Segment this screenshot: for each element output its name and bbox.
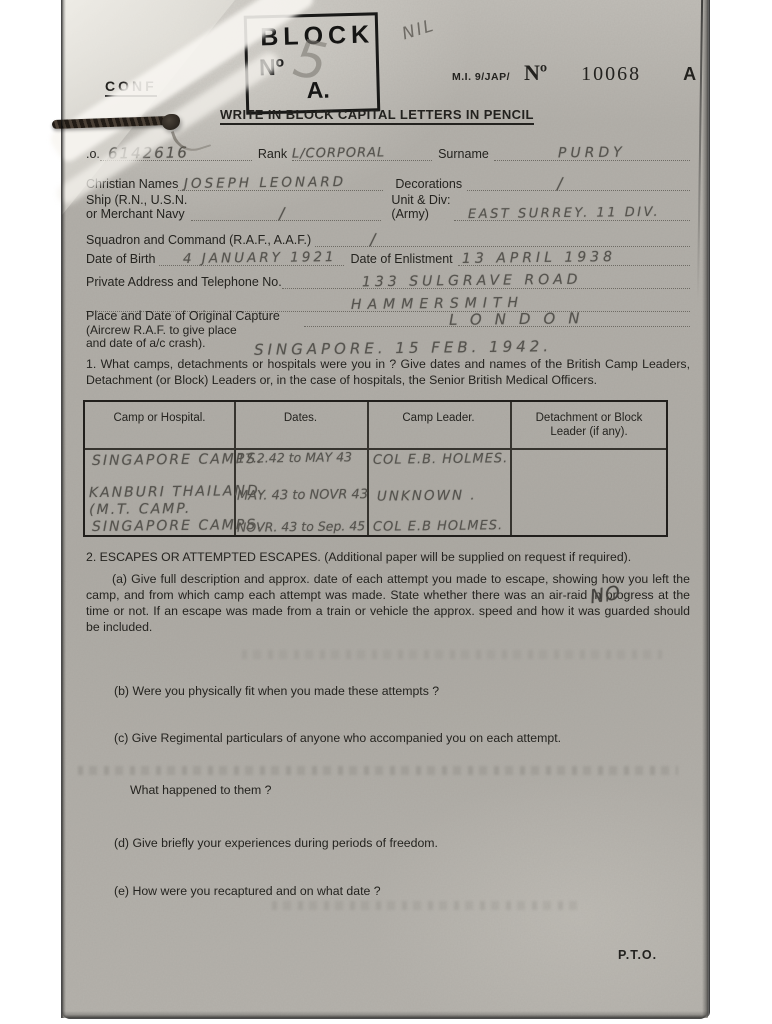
dob-label: Date of Birth	[86, 252, 155, 266]
unit-field: EAST SURREY. 11 DIV.	[454, 204, 690, 221]
unit-value: EAST SURREY. 11 DIV.	[468, 205, 660, 222]
surname-field: PURDY	[494, 144, 690, 161]
squadron-value: /	[370, 230, 378, 249]
table-row1-leader: COL E.B. HOLMES.	[373, 451, 508, 468]
question-2c-followup-text: What happened to them ?	[130, 782, 272, 798]
camps-table: Camp or Hospital. Dates. Camp Leader. De…	[83, 400, 668, 537]
field-row-ship-unit: Ship (R.N., U.S.N. or Merchant Navy / Un…	[86, 194, 690, 221]
showthrough-band-1	[78, 766, 678, 775]
capture-field-london: LONDON	[304, 310, 690, 327]
table-header-leader: Camp Leader.	[367, 412, 510, 426]
table-header-dates: Dates.	[234, 412, 367, 426]
field-row-capture: Place and Date of Original Capture (Airc…	[86, 310, 690, 358]
surname-value: PURDY	[558, 145, 626, 162]
rank-label: Rank	[258, 147, 287, 161]
capture-fields: LONDON SINGAPORE. 15 FEB. 1942.	[304, 310, 690, 358]
rank-field: L/CORPORAL	[292, 144, 432, 161]
showthrough-band-2	[272, 901, 582, 910]
table-header-detachment: Detachment or Block Leader (if any).	[513, 412, 665, 439]
table-row3-leader: COL E.B HOLMES.	[373, 518, 503, 535]
edge-shadow-right	[702, 0, 710, 1018]
ship-field: /	[191, 204, 381, 221]
table-row2-dates: MAY. 43 to NOVR 43	[237, 487, 368, 504]
question-2c-text: (c) Give Regimental particulars of anyon…	[114, 730, 561, 746]
stamp-series-letter: A.	[306, 77, 330, 105]
instruction-heading: WRITE IN BLOCK CAPITAL LETTERS IN PENCIL	[220, 107, 534, 125]
field-row-dob-enlistment: Date of Birth 4 JANUARY 1921 Date of Enl…	[86, 249, 690, 266]
address-field: 133 SULGRAVE ROAD	[282, 272, 690, 289]
dob-field: 4 JANUARY 1921	[159, 249, 344, 266]
table-header-camp: Camp or Hospital.	[85, 412, 234, 426]
question-2-heading: 2. ESCAPES OR ATTEMPTED ESCAPES. (Additi…	[86, 549, 690, 565]
squadron-field: /	[315, 230, 690, 247]
enlistment-field: 13 APRIL 1938	[458, 249, 690, 266]
table-row3-dates: NOVR. 43 to Sep. 45	[237, 518, 365, 535]
unit-label: Unit & Div: (Army)	[391, 194, 450, 221]
table-header-rule	[85, 448, 666, 450]
field-row-number-rank-surname: .o. 6142616 Rank L/CORPORAL Surname PURD…	[86, 144, 690, 161]
dob-value: 4 JANUARY 1921	[183, 249, 337, 267]
christian-names-value: JOSEPH LEONARD	[184, 174, 346, 192]
field-row-address: Private Address and Telephone No. 133 SU…	[86, 272, 690, 289]
nil-annotation: NIL	[400, 16, 438, 45]
question-2b-text: (b) Were you physically fit when you mad…	[114, 683, 439, 699]
showthrough-band-3	[242, 650, 662, 659]
decorations-field: /	[467, 174, 690, 191]
rank-value: L/CORPORAL	[292, 145, 385, 161]
scan-background: CONF BLOCK Nº 5 A. NIL M.I. 9/JAP/ Nº 10…	[0, 0, 772, 1024]
reference-no-symbol: Nº	[524, 60, 547, 86]
surname-label: Surname	[438, 147, 489, 161]
edge-shadow-left	[61, 0, 66, 1018]
decorations-label: Decorations	[395, 177, 462, 191]
ship-value: /	[279, 204, 287, 223]
reference-number-line: M.I. 9/JAP/ Nº 10068 A	[452, 60, 696, 86]
table-divider-3	[510, 402, 512, 535]
field-row-names-decorations: Christian Names JOSEPH LEONARD Decoratio…	[86, 174, 690, 191]
field-row-squadron: Squadron and Command (R.A.F., A.A.F.) /	[86, 230, 690, 247]
reference-number: 10068	[581, 63, 641, 86]
address-value-1: 133 SULGRAVE ROAD	[362, 272, 582, 291]
enlistment-value: 13 APRIL 1938	[462, 249, 616, 267]
table-row2-leader: UNKNOWN .	[377, 487, 477, 504]
enlistment-label: Date of Enlistment	[350, 252, 452, 266]
paper: CONF BLOCK Nº 5 A. NIL M.I. 9/JAP/ Nº 10…	[62, 0, 708, 1018]
question-2d-text: (d) Give briefly your experiences during…	[114, 835, 438, 851]
table-row1-dates: 17.2.42 to MAY 43	[237, 449, 352, 465]
question-1-text: 1. What camps, detachments or hospitals …	[86, 356, 690, 388]
squadron-label: Squadron and Command (R.A.F., A.A.F.)	[86, 233, 311, 247]
ship-label: Ship (R.N., U.S.N. or Merchant Navy	[86, 194, 187, 221]
reference-prefix: M.I. 9/JAP/	[452, 71, 510, 83]
christian-names-field: JOSEPH LEONARD	[178, 174, 383, 191]
pto-label: P.T.O.	[618, 948, 657, 962]
edge-shadow-bottom	[62, 1011, 708, 1019]
address-value-3: LONDON	[449, 309, 593, 329]
address-label: Private Address and Telephone No.	[86, 275, 282, 289]
decorations-value: /	[557, 174, 565, 193]
question-2e-text: (e) How were you recaptured and on what …	[114, 883, 381, 899]
reference-series: A	[683, 64, 696, 85]
